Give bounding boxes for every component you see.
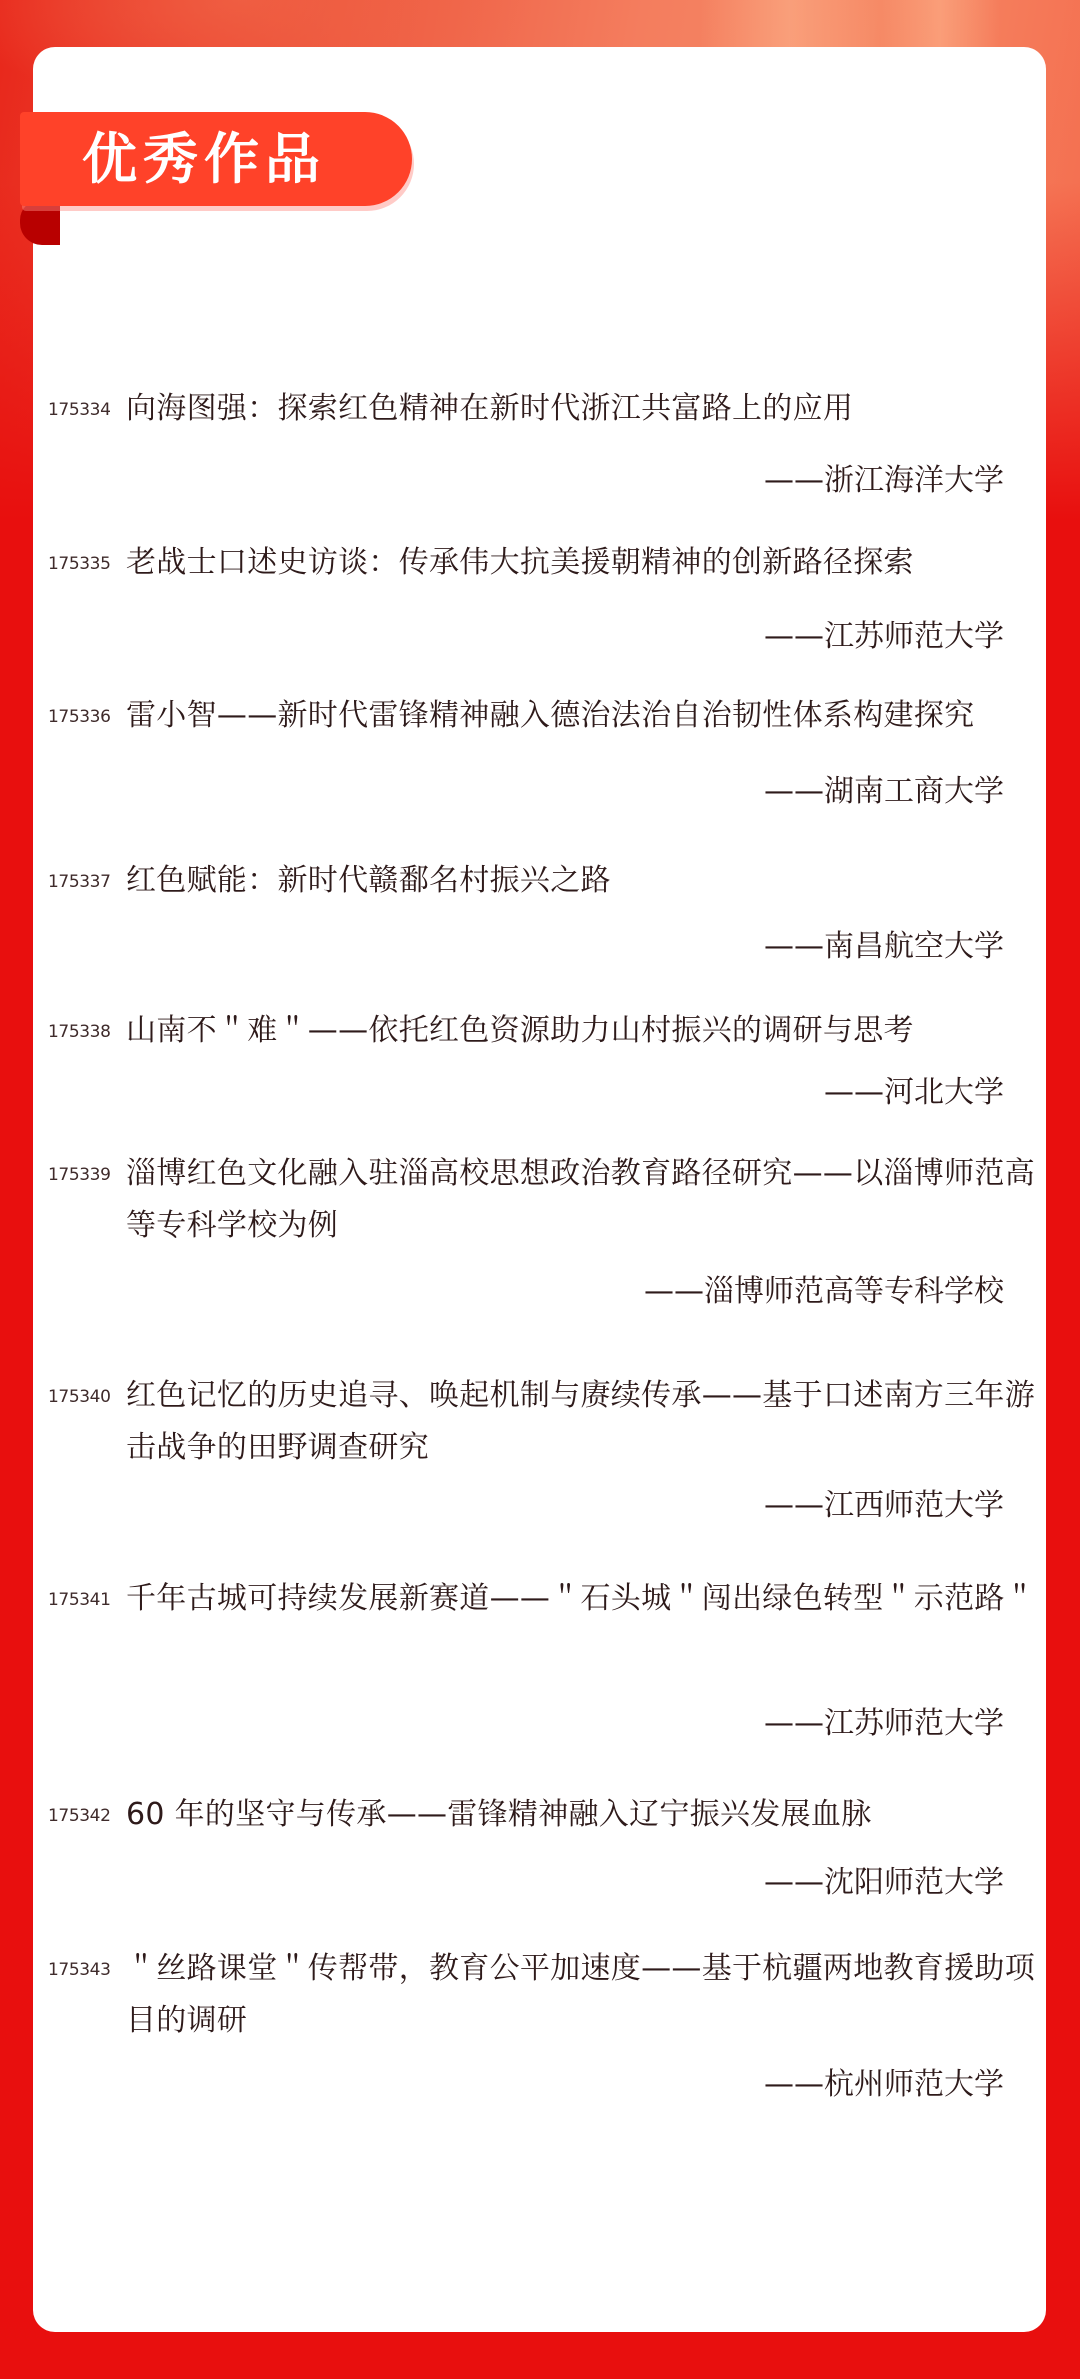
entry-school: ——江苏师范大学 (764, 617, 1004, 657)
entry-title: 淄博红色文化融入驻淄高校思想政治教育路径研究——以淄博师范高等专科学校为例 (126, 1148, 1038, 1252)
ribbon-fold (20, 200, 60, 245)
entry-id-badge: 175337 (48, 867, 94, 897)
entry-title: 老战士口述史访谈：传承伟大抗美援朝精神的创新路径探索 (126, 537, 1038, 589)
entry-school: ——杭州师范大学 (764, 2065, 1004, 2105)
entry-title: 山南不＂难＂——依托红色资源助力山村振兴的调研与思考 (126, 1005, 1038, 1057)
content-card: 175334 向海图强：探索红色精神在新时代浙江共富路上的应用 ——浙江海洋大学… (33, 47, 1046, 2332)
entry-school: ——湖南工商大学 (764, 772, 1004, 812)
entry-id-badge: 175338 (48, 1017, 94, 1047)
entry-title: 60 年的坚守与传承——雷锋精神融入辽宁振兴发展血脉 (126, 1789, 1038, 1841)
entry-id-badge: 175339 (48, 1160, 94, 1190)
section-title-ribbon: 优秀作品 (20, 112, 412, 206)
background-light-streak (880, 0, 1000, 47)
entry-title: 红色赋能：新时代赣鄱名村振兴之路 (126, 855, 1038, 907)
entry-school: ——南昌航空大学 (764, 927, 1004, 967)
entry-school: ——浙江海洋大学 (764, 461, 1004, 501)
entry-school: ——沈阳师范大学 (764, 1863, 1004, 1903)
entry-school: ——河北大学 (824, 1073, 1004, 1113)
entry-school: ——淄博师范高等专科学校 (644, 1272, 1004, 1312)
entry-school: ——江苏师范大学 (764, 1704, 1004, 1744)
entry-title: 向海图强：探索红色精神在新时代浙江共富路上的应用 (126, 383, 1038, 435)
entry-id-badge: 175340 (48, 1382, 94, 1412)
entry-title: 千年古城可持续发展新赛道——＂石头城＂闯出绿色转型＂示范路＂ (126, 1573, 1038, 1625)
entry-id-badge: 175343 (48, 1955, 94, 1985)
background-light-streak (700, 0, 880, 47)
entry-school: ——江西师范大学 (764, 1486, 1004, 1526)
entry-title: 红色记忆的历史追寻、唤起机制与赓续传承——基于口述南方三年游击战争的田野调查研究 (126, 1370, 1038, 1474)
entry-id-badge: 175342 (48, 1801, 94, 1831)
entry-title: 雷小智——新时代雷锋精神融入德治法治自治韧性体系构建探究 (126, 690, 1038, 742)
entry-id-badge: 175341 (48, 1585, 94, 1615)
entry-id-badge: 175336 (48, 702, 94, 732)
section-title: 优秀作品 (82, 132, 326, 187)
entry-id-badge: 175335 (48, 549, 94, 579)
entry-id-badge: 175334 (48, 395, 94, 425)
entry-title: ＂丝路课堂＂传帮带，教育公平加速度——基于杭疆两地教育援助项目的调研 (126, 1943, 1038, 2047)
